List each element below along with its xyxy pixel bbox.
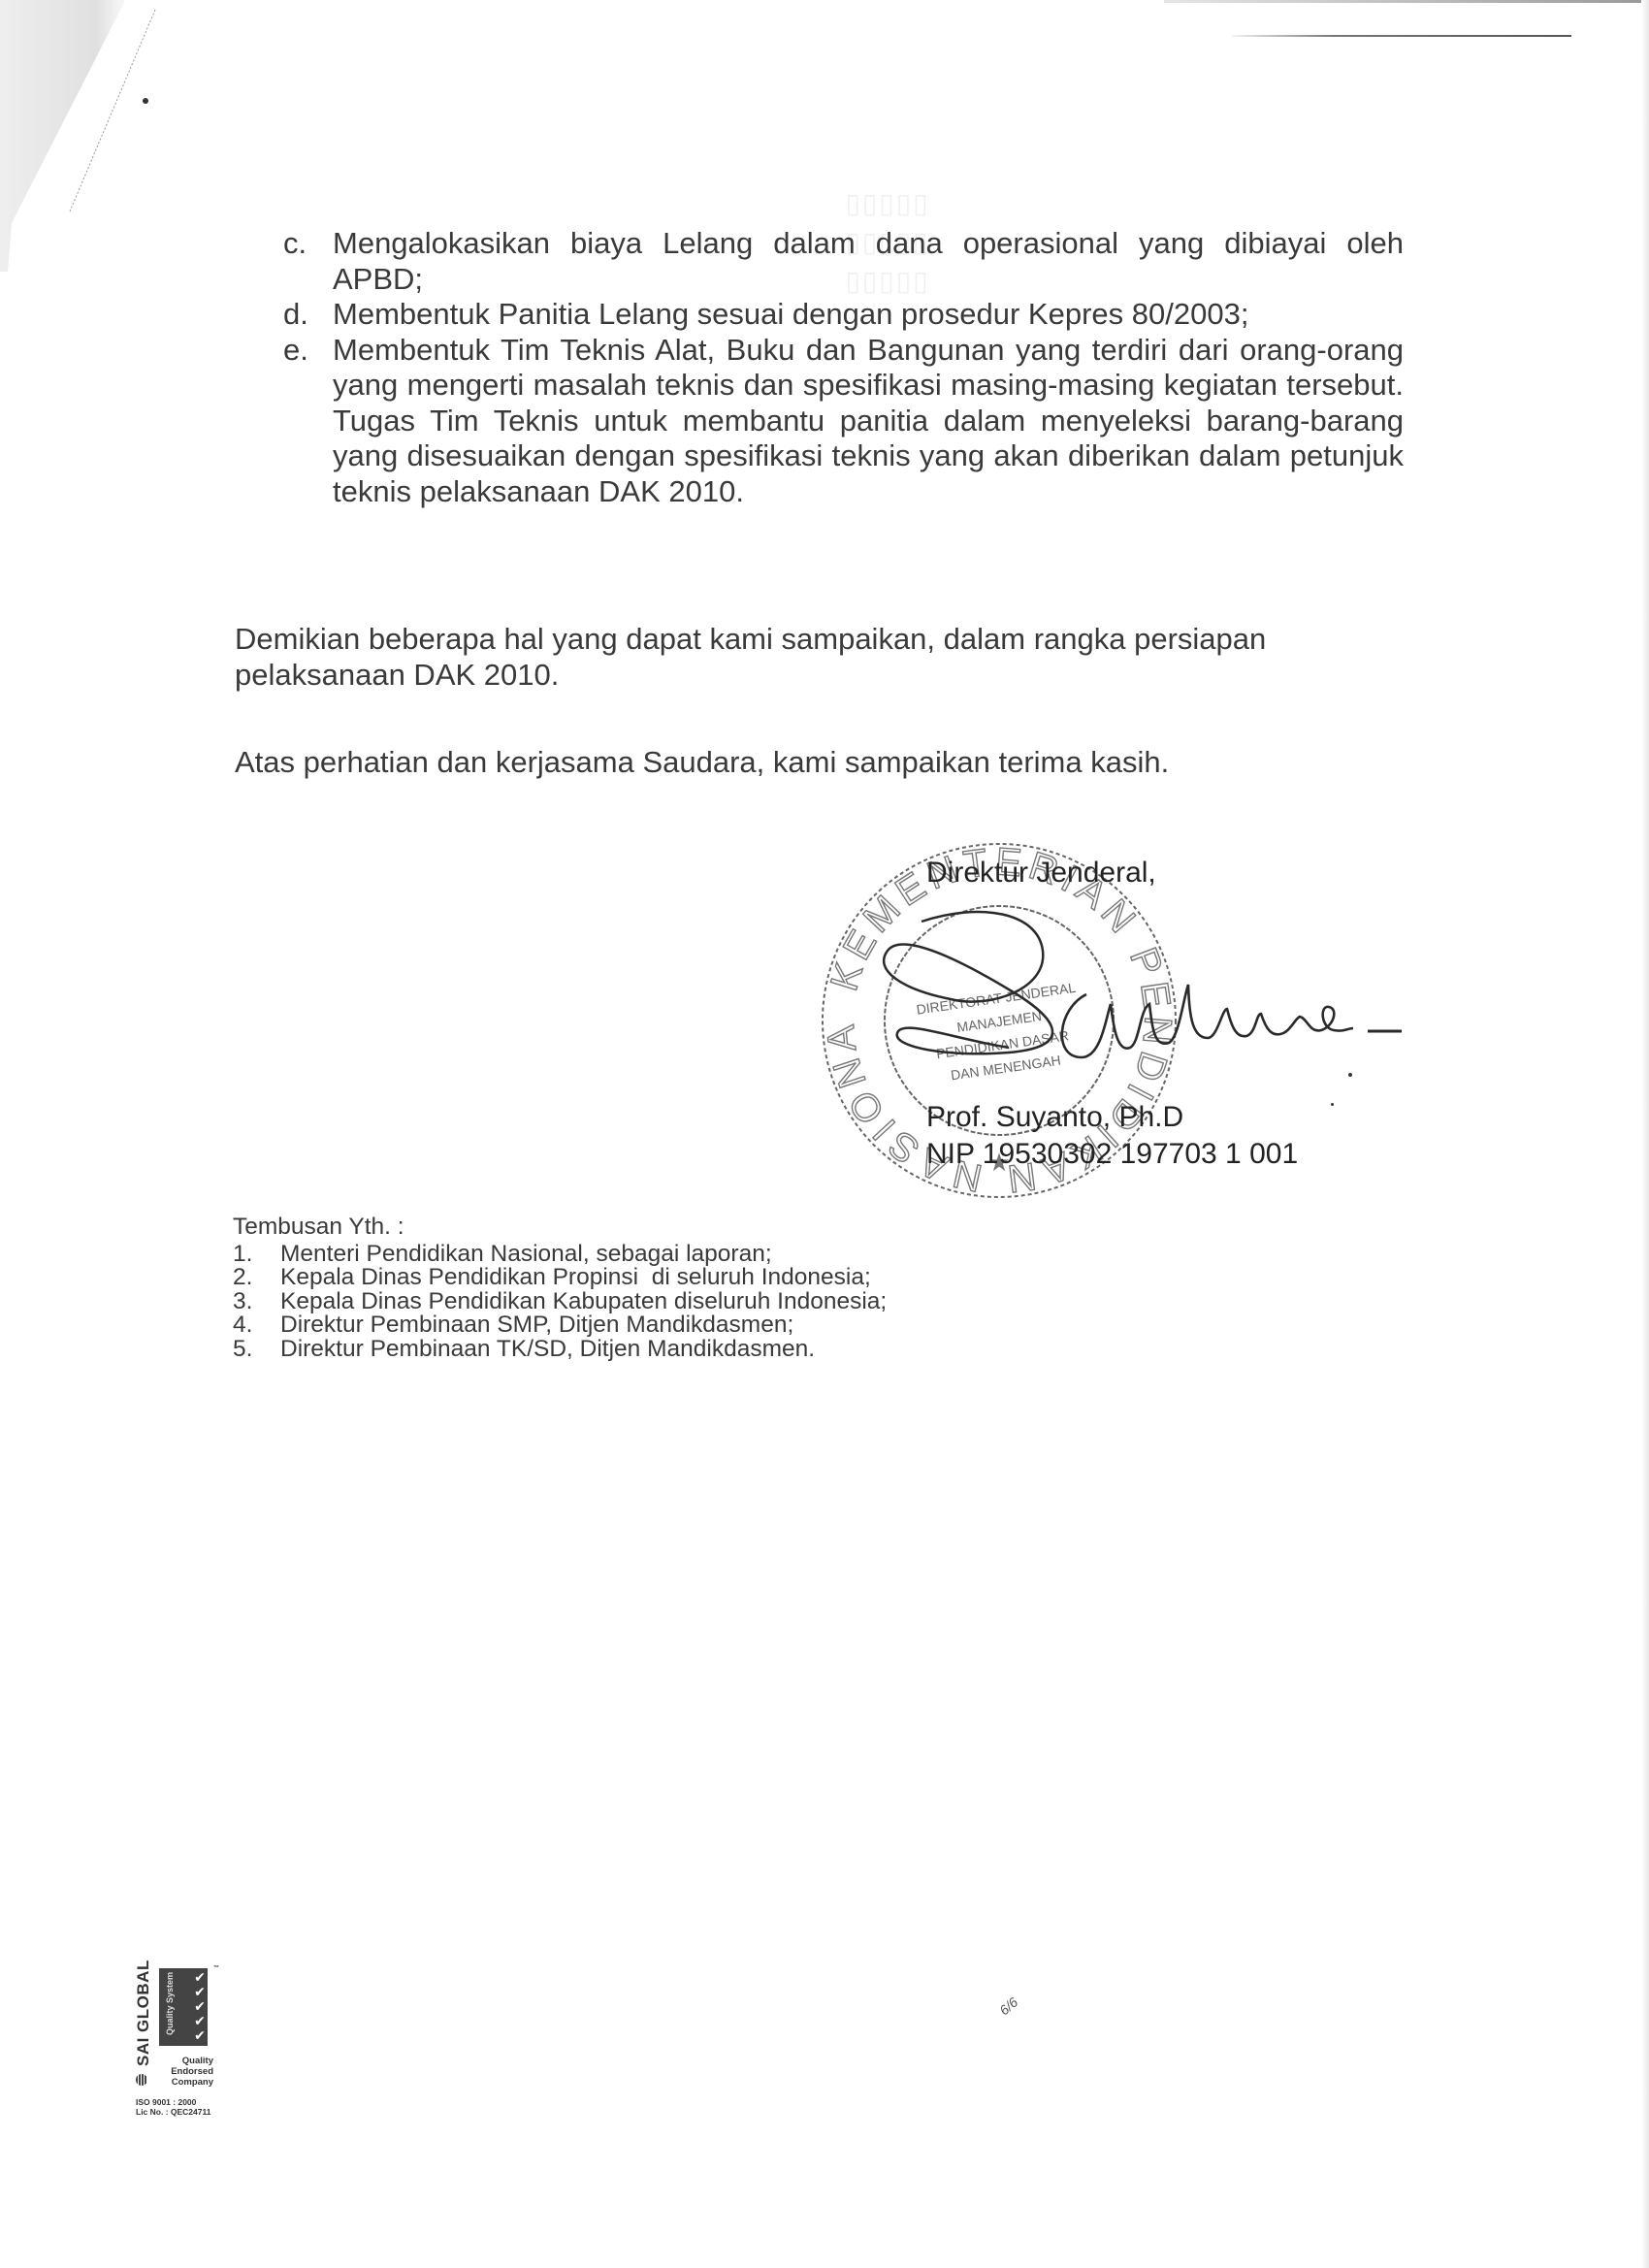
cc-text: Menteri Pendidikan Nasional, sebagai lap… (280, 1241, 772, 1267)
carbon-copy-section: Tembusan Yth. : 1.Menteri Pendidikan Nas… (233, 1215, 887, 1361)
cc-text: Kepala Dinas Pendidikan Propinsi di selu… (280, 1264, 871, 1290)
cc-text: Direktur Pembinaan TK/SD, Ditjen Mandikd… (280, 1336, 815, 1362)
cc-list: 1.Menteri Pendidikan Nasional, sebagai l… (233, 1243, 887, 1362)
list-item-text: Mengalokasikan biaya Lelang dalam dana o… (333, 226, 1404, 296)
list-item-text: Membentuk Tim Teknis Alat, Buku dan Bang… (333, 333, 1404, 508)
scan-rule-line (1232, 35, 1571, 37)
scan-right-edge (1641, 0, 1649, 2268)
scan-top-edge (1164, 0, 1649, 3)
cc-item: 2.Kepala Dinas Pendidikan Propinsi di se… (233, 1266, 887, 1290)
cc-title: Tembusan Yth. : (233, 1215, 887, 1240)
checkmarks-icon: ✔✔✔✔✔ (189, 1970, 210, 2046)
thanks-paragraph: Atas perhatian dan kerjasama Saudara, ka… (235, 744, 1399, 780)
cc-item: 5.Direktur Pembinaan TK/SD, Ditjen Mandi… (233, 1338, 887, 1362)
iso-label: ISO 9001 : 2000 (136, 2097, 210, 2107)
handwritten-signature-icon (844, 892, 1406, 1106)
signatory-title: Direktur Jenderal, (926, 857, 1156, 890)
cc-number: 2. (233, 1266, 252, 1290)
cc-number: 4. (233, 1313, 252, 1338)
cc-text: Kepala Dinas Pendidikan Kabupaten diselu… (280, 1288, 887, 1314)
list-item: c. Mengalokasikan biaya Lelang dalam dan… (283, 226, 1404, 297)
cc-item: 3.Kepala Dinas Pendidikan Kabupaten dise… (233, 1290, 887, 1314)
globe-icon (136, 2074, 147, 2086)
license-number: Lic No. : QEC24711 (136, 2107, 210, 2117)
list-item: d. Membentuk Panitia Lelang sesuai denga… (283, 297, 1404, 333)
list-marker: e. (283, 333, 308, 369)
cc-number: 3. (233, 1290, 252, 1314)
signatory-nip: NIP 19530302 197703 1 001 (926, 1138, 1298, 1171)
list-marker: d. (283, 297, 308, 333)
cc-item: 4.Direktur Pembinaan SMP, Ditjen Mandikd… (233, 1313, 887, 1338)
signatory-name: Prof. Suyanto, Ph.D (926, 1101, 1183, 1134)
trademark-icon: ™ (213, 1965, 219, 1971)
cc-item: 1.Menteri Pendidikan Nasional, sebagai l… (233, 1243, 887, 1267)
handwritten-page-mark: 6/6 (996, 1994, 1020, 2019)
sai-global-certification-logo: SAI GLOBAL Quality System ✔✔✔✔✔ ™ Qualit… (134, 1961, 260, 2117)
document-page: ▯▯▯▯▯▯▯▯▯▯▯▯▯▯▯ c. Mengalokasikan biaya … (0, 0, 1649, 2268)
cc-number: 5. (233, 1338, 252, 1362)
requirements-list: c. Mengalokasikan biaya Lelang dalam dan… (283, 226, 1404, 509)
quality-system-label: Quality System (165, 1972, 175, 2035)
cc-number: 1. (233, 1243, 252, 1267)
list-marker: c. (283, 226, 307, 262)
cc-text: Direktur Pembinaan SMP, Ditjen Mandikdas… (280, 1312, 793, 1338)
logo-brand: SAI GLOBAL (134, 1960, 153, 2066)
closing-paragraph: Demikian beberapa hal yang dapat kami sa… (235, 621, 1399, 693)
iso-standard: ISO 9001 : 2000 Lic No. : QEC24711 (136, 2097, 210, 2117)
folded-corner-shadow (0, 0, 165, 272)
list-item: e. Membentuk Tim Teknis Alat, Buku dan B… (283, 333, 1404, 510)
endorsement-label: Quality Endorsed Company (155, 2056, 213, 2088)
list-item-text: Membentuk Panitia Lelang sesuai dengan p… (333, 297, 1248, 331)
